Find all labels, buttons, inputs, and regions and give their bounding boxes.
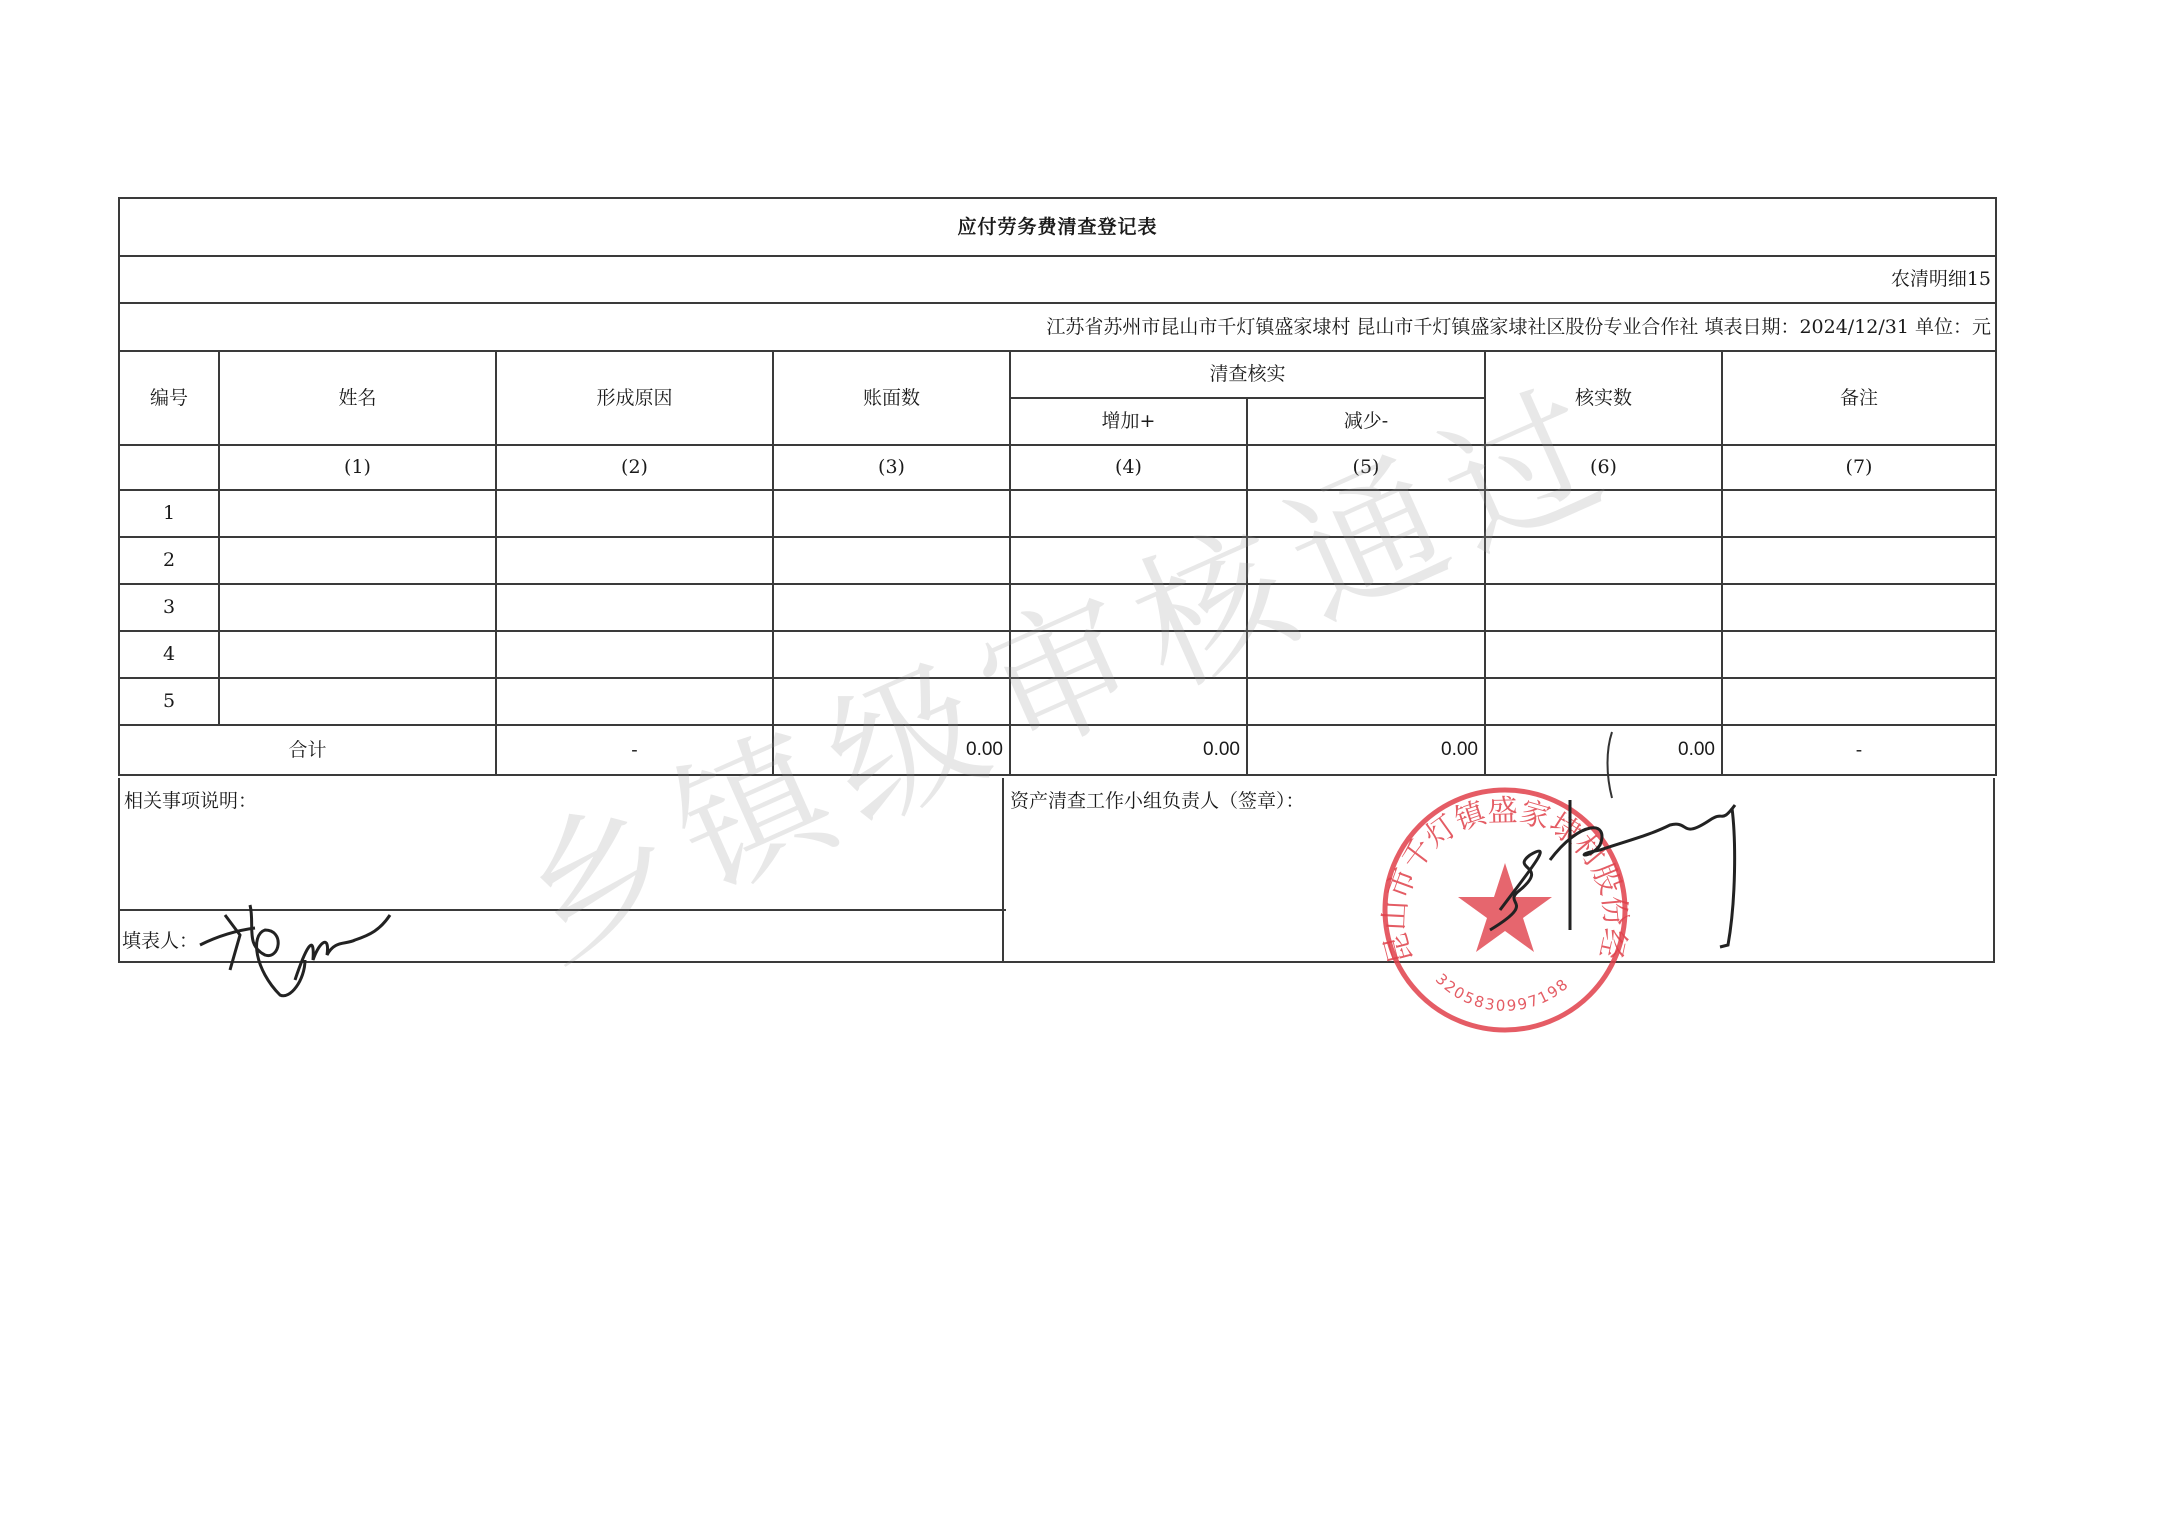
- filler-row: 填表人：: [118, 909, 1006, 963]
- column-number: (5): [1247, 445, 1485, 490]
- total-decrease: 0.00: [1247, 725, 1485, 775]
- form-title: 应付劳务费清查登记表: [119, 198, 1996, 256]
- cell-reason[interactable]: [496, 678, 773, 725]
- column-number-row: (1) (2) (3) (4) (5) (6) (7): [119, 445, 1996, 490]
- cell-increase[interactable]: [1010, 631, 1247, 678]
- cell-remarks[interactable]: [1722, 584, 1996, 631]
- footer-section: 相关事项说明： 填表人： 资产清查工作小组负责人（签章）：: [118, 778, 1995, 963]
- cell-verified[interactable]: [1485, 631, 1722, 678]
- leader-label: 资产清查工作小组负责人（签章）：: [1010, 786, 1305, 813]
- form-table: 应付劳务费清查登记表 农清明细15 江苏省苏州市昆山市千灯镇盛家埭村 昆山市千灯…: [118, 197, 1997, 776]
- cell-decrease[interactable]: [1247, 631, 1485, 678]
- row-number: 2: [119, 537, 219, 584]
- cell-name[interactable]: [219, 490, 496, 537]
- cell-remarks[interactable]: [1722, 678, 1996, 725]
- header-decrease: 减少-: [1247, 398, 1485, 445]
- header-index: 编号: [119, 351, 219, 445]
- cell-remarks[interactable]: [1722, 490, 1996, 537]
- cell-decrease[interactable]: [1247, 490, 1485, 537]
- table-row: 1: [119, 490, 1996, 537]
- form-code: 农清明细15: [119, 256, 1996, 303]
- cell-decrease[interactable]: [1247, 537, 1485, 584]
- total-remarks: -: [1722, 725, 1996, 775]
- notes-box: 相关事项说明： 填表人：: [118, 778, 1004, 963]
- table-row: 2: [119, 537, 1996, 584]
- cell-reason[interactable]: [496, 631, 773, 678]
- leader-signature-box: 资产清查工作小组负责人（签章）：: [1002, 778, 1995, 963]
- filler-label: 填表人：: [122, 926, 198, 953]
- cell-remarks[interactable]: [1722, 537, 1996, 584]
- cell-reason[interactable]: [496, 537, 773, 584]
- header-remarks: 备注: [1722, 351, 1996, 445]
- cell-name[interactable]: [219, 678, 496, 725]
- cell-decrease[interactable]: [1247, 678, 1485, 725]
- cell-name[interactable]: [219, 584, 496, 631]
- cell-decrease[interactable]: [1247, 584, 1485, 631]
- cell-verified[interactable]: [1485, 678, 1722, 725]
- column-number: (4): [1010, 445, 1247, 490]
- column-number-blank: [119, 445, 219, 490]
- column-number: (7): [1722, 445, 1996, 490]
- row-number: 5: [119, 678, 219, 725]
- row-number: 4: [119, 631, 219, 678]
- column-number: (3): [773, 445, 1010, 490]
- cell-name[interactable]: [219, 631, 496, 678]
- cell-name[interactable]: [219, 537, 496, 584]
- total-verified: 0.00: [1485, 725, 1722, 775]
- cell-book[interactable]: [773, 537, 1010, 584]
- header-verified-value: 核实数: [1485, 351, 1722, 445]
- total-book: 0.00: [773, 725, 1010, 775]
- total-reason: -: [496, 725, 773, 775]
- column-number: (6): [1485, 445, 1722, 490]
- seal-code: 3205830997198: [1432, 970, 1573, 1015]
- cell-book[interactable]: [773, 631, 1010, 678]
- register-form: 应付劳务费清查登记表 农清明细15 江苏省苏州市昆山市千灯镇盛家埭村 昆山市千灯…: [118, 197, 1995, 776]
- cell-verified[interactable]: [1485, 537, 1722, 584]
- total-label: 合计: [119, 725, 496, 775]
- org-date-unit-line: 江苏省苏州市昆山市千灯镇盛家埭村 昆山市千灯镇盛家埭社区股份专业合作社 填表日期…: [119, 303, 1996, 351]
- cell-increase[interactable]: [1010, 537, 1247, 584]
- notes-label: 相关事项说明：: [124, 786, 257, 813]
- cell-reason[interactable]: [496, 584, 773, 631]
- cell-reason[interactable]: [496, 490, 773, 537]
- svg-text:3205830997198: 3205830997198: [1432, 970, 1573, 1015]
- header-name: 姓名: [219, 351, 496, 445]
- cell-increase[interactable]: [1010, 678, 1247, 725]
- cell-increase[interactable]: [1010, 584, 1247, 631]
- header-verification-group: 清查核实: [1010, 351, 1485, 398]
- table-row: 3: [119, 584, 1996, 631]
- header-reason: 形成原因: [496, 351, 773, 445]
- row-number: 3: [119, 584, 219, 631]
- column-number: (1): [219, 445, 496, 490]
- row-number: 1: [119, 490, 219, 537]
- header-book-value: 账面数: [773, 351, 1010, 445]
- total-increase: 0.00: [1010, 725, 1247, 775]
- cell-book[interactable]: [773, 584, 1010, 631]
- header-increase: 增加+: [1010, 398, 1247, 445]
- cell-verified[interactable]: [1485, 490, 1722, 537]
- cell-verified[interactable]: [1485, 584, 1722, 631]
- column-number: (2): [496, 445, 773, 490]
- total-row: 合计 - 0.00 0.00 0.00 0.00 -: [119, 725, 1996, 775]
- cell-increase[interactable]: [1010, 490, 1247, 537]
- table-row: 5: [119, 678, 1996, 725]
- cell-book[interactable]: [773, 678, 1010, 725]
- table-row: 4: [119, 631, 1996, 678]
- cell-remarks[interactable]: [1722, 631, 1996, 678]
- cell-book[interactable]: [773, 490, 1010, 537]
